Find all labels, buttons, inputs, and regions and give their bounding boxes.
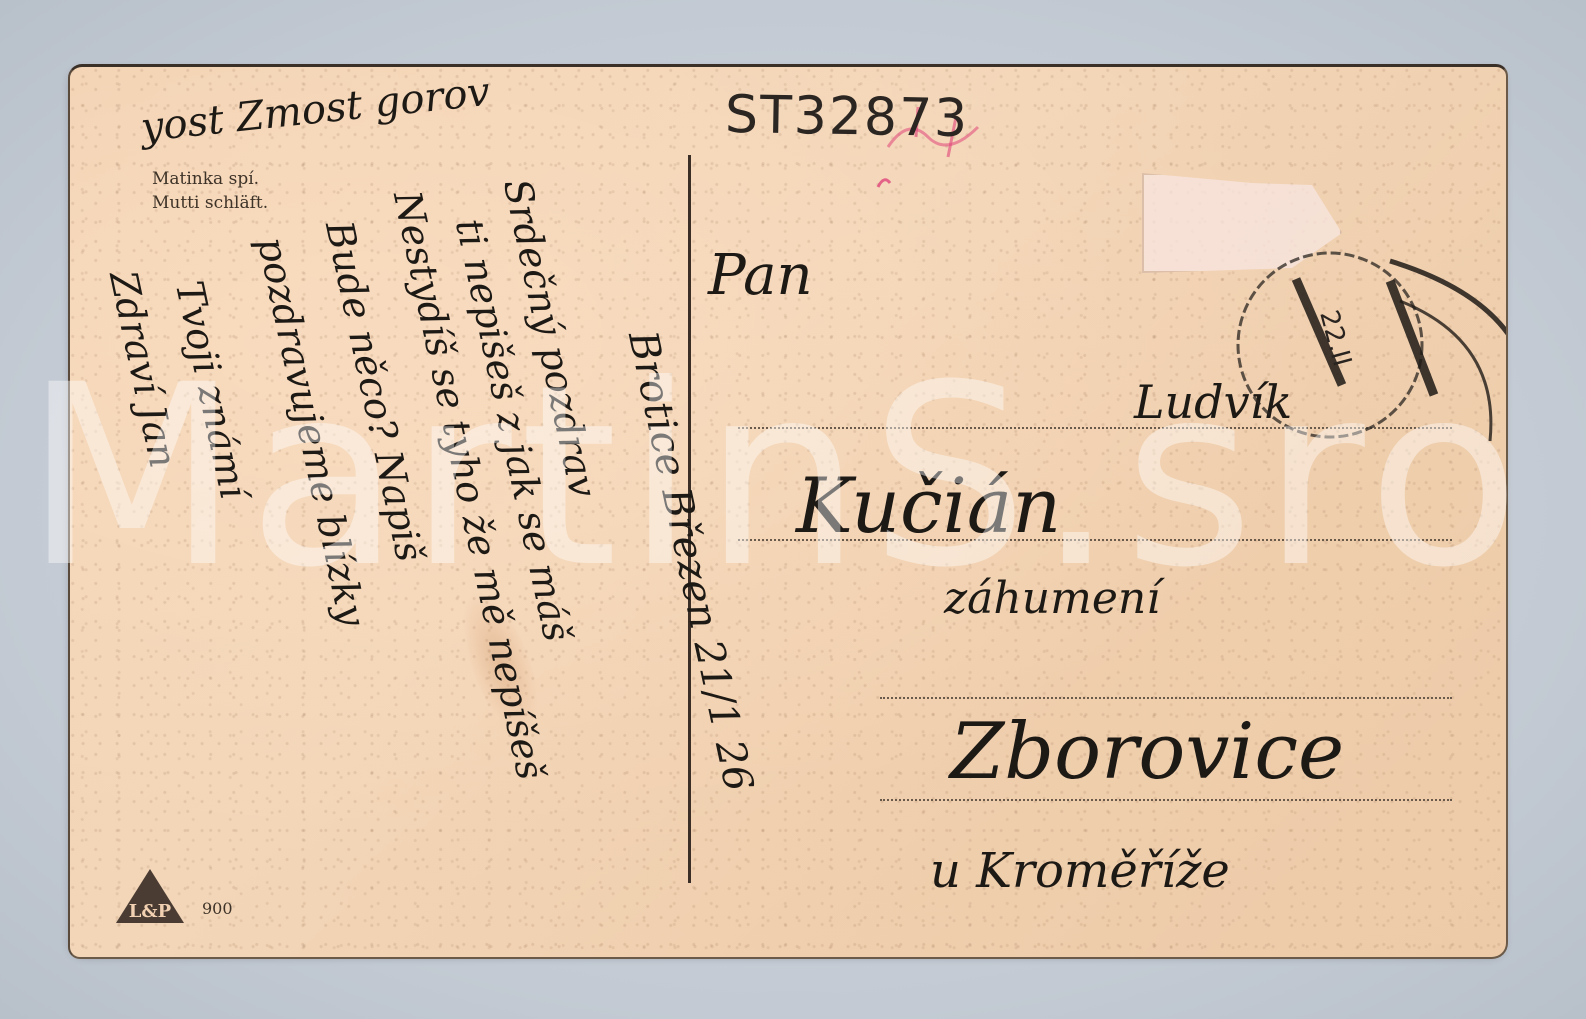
address-line-4 [880,799,1452,801]
address-street: záhumení [944,573,1160,624]
printed-caption: Matinka spí. Mutti schläft. [152,167,268,215]
address-town: Zborovice [950,707,1344,797]
postcard: Matinka spí. Mutti schläft. ST32873 yost… [68,64,1508,959]
postmark-date: 22.II [1313,307,1357,370]
caption-czech: Matinka spí. [152,167,268,191]
postmark-outer-ring [1370,241,1508,481]
catalog-number: ST32873 [724,85,969,149]
address-line-3 [880,697,1452,699]
publisher-logo-text: L&P [129,901,172,922]
address-salutation: Pan [708,243,813,308]
address-region: u Kroměříže [930,843,1230,899]
publisher-logo-triangle: L&P [114,867,186,927]
publisher-number: 900 [202,899,233,918]
address-surname: Kučián [796,461,1061,550]
caption-german: Mutti schläft. [152,191,268,215]
